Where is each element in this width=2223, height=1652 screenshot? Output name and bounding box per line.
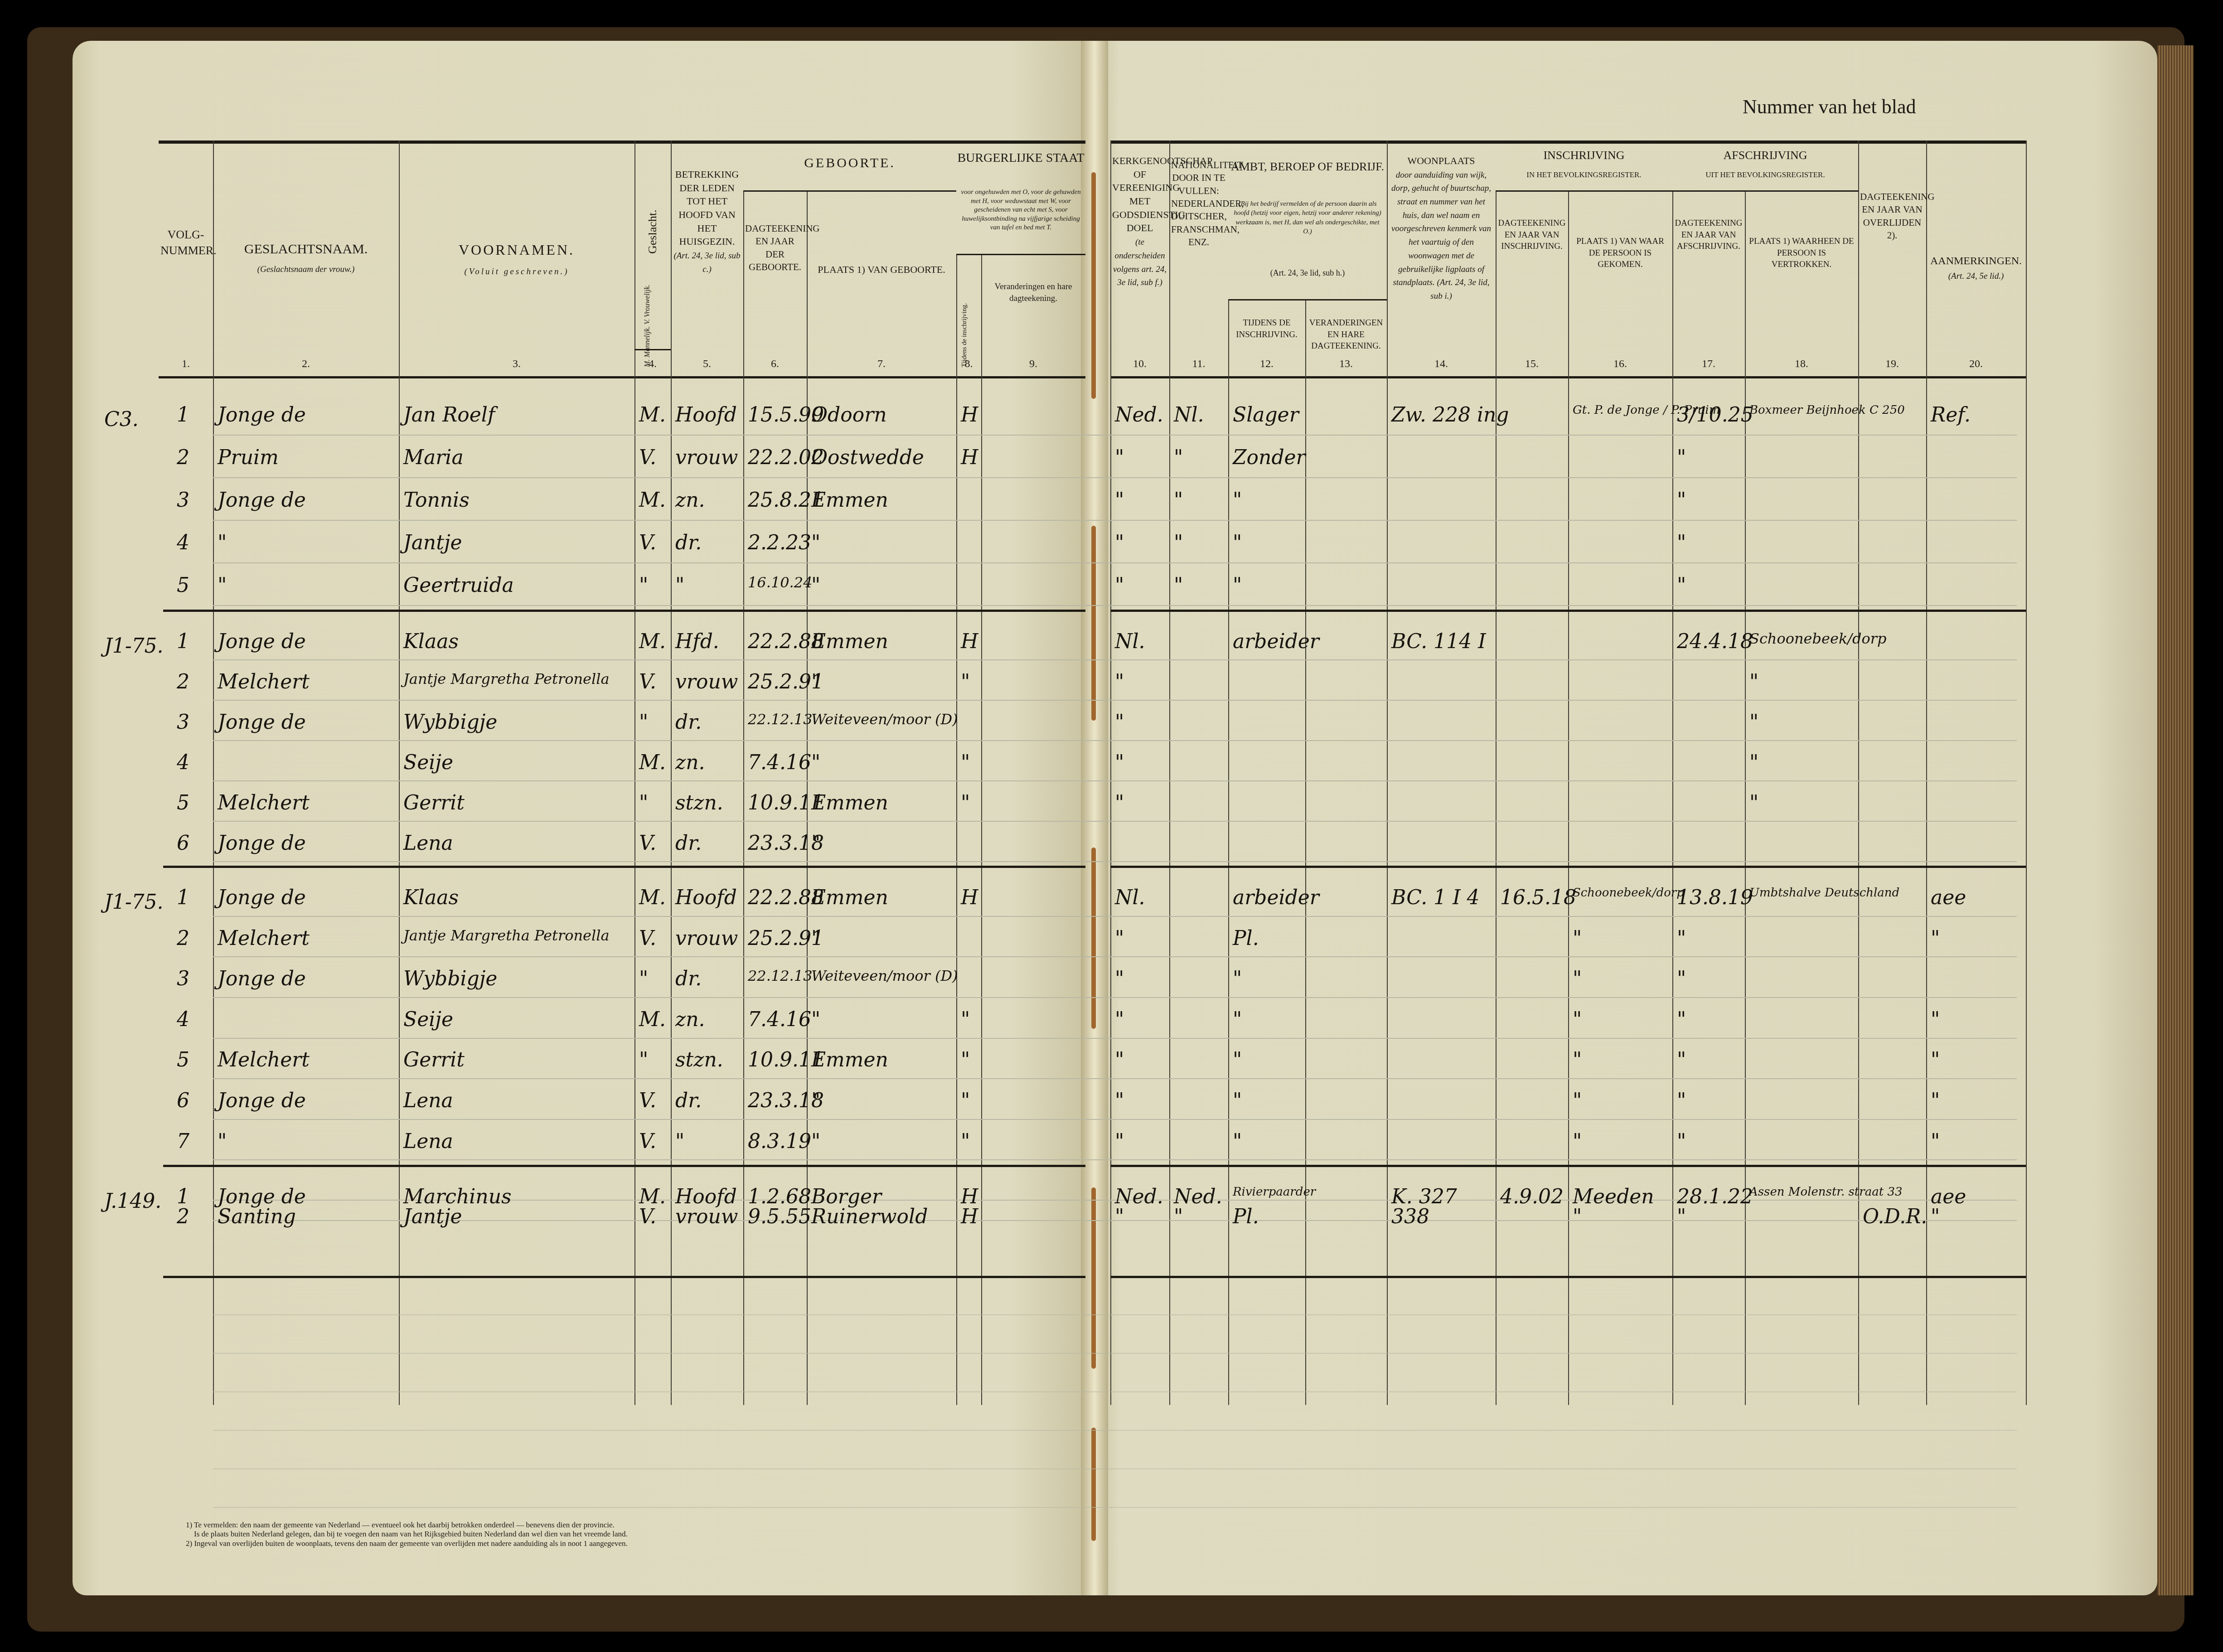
cell-pob: Emmen <box>811 630 954 653</box>
column-number: 6. <box>743 358 807 370</box>
cell-pob: " <box>811 1089 954 1112</box>
footnote-1: 1) Te vermelden: den naam der gemeente v… <box>186 1521 628 1530</box>
cell-pob: Weiteveen/moor (D) <box>811 711 954 728</box>
column-number: 7. <box>807 358 956 370</box>
cell-occ: " <box>1233 967 1303 990</box>
row-ruling <box>213 700 2017 701</box>
cell-given: Jantje Margretha Petronella <box>403 927 633 944</box>
cell-occ: Slager <box>1233 403 1303 426</box>
cell-rel: Hfd. <box>675 630 741 653</box>
cell-rel: vrouw <box>675 670 741 693</box>
cell-rel: " <box>675 1130 741 1153</box>
column-header-label: Kerkgenootschap of vereeniging met godsd… <box>1112 154 1167 235</box>
column-header: Plaats 1) waarheen de persoon is vertrok… <box>1747 236 1856 271</box>
cell-church: " <box>1115 670 1167 693</box>
cell-church: " <box>1115 927 1167 950</box>
cell-church: " <box>1115 791 1167 814</box>
column-divider <box>399 140 400 1405</box>
cell-dob: 23.3.18 <box>748 832 805 855</box>
row-ruling <box>213 821 2017 822</box>
cell-given: Jan Roelf <box>403 403 633 426</box>
cell-surname: Pruim <box>218 446 397 469</box>
cell-occ: Rivierpaarder <box>1233 1185 1303 1199</box>
cell-surname: Jonge de <box>218 886 397 909</box>
cell-sex: V. <box>639 832 669 855</box>
household-separator <box>163 610 1085 612</box>
cell-surname: Melchert <box>218 670 397 693</box>
household-marker: J1-75. <box>104 891 163 914</box>
row-ruling <box>213 477 2017 478</box>
household-marker: J1-75. <box>104 635 163 658</box>
cell-dob: 23.3.18 <box>748 1089 805 1112</box>
row-ruling <box>213 1314 2017 1315</box>
cell-afschr_date: " <box>1677 489 1743 512</box>
column-number: 8. <box>956 358 981 370</box>
cell-nat: " <box>1174 574 1226 597</box>
cell-sex: V. <box>639 446 669 469</box>
cell-church: Nl. <box>1115 630 1167 653</box>
cell-rel: zn. <box>675 489 741 512</box>
cell-surname: Jonge de <box>218 967 397 990</box>
cell-pob: " <box>811 1130 954 1153</box>
binding-stitch <box>1091 172 1096 399</box>
cell-afschr_place: Umbtshalve Deutschland <box>1749 886 1856 900</box>
column-header-label: Dagteekening en jaar der geboorte. <box>745 222 805 273</box>
column-number: 17. <box>1672 358 1745 370</box>
cell-occ: " <box>1233 1130 1303 1153</box>
column-divider <box>634 140 635 1405</box>
cell-dob: 16.10.24 <box>748 574 805 591</box>
cell-given: Maria <box>403 446 633 469</box>
cell-sex: M. <box>639 403 669 426</box>
row-ruling <box>213 1353 2017 1354</box>
cell-rel: " <box>675 574 741 597</box>
cell-church: " <box>1115 711 1167 734</box>
cell-occ: arbeider <box>1233 886 1303 909</box>
cell-dob: 25.2.91 <box>748 670 805 693</box>
cell-pob: " <box>811 1008 954 1031</box>
cell-civil: " <box>961 791 979 814</box>
cell-rel: vrouw <box>675 446 741 469</box>
cell-given: Lena <box>403 1130 633 1153</box>
cell-afschr_date: " <box>1677 1130 1743 1153</box>
cell-afschr_place: " <box>1749 670 1856 693</box>
column-header: Veranderingen en hare dagteekening. <box>983 281 1084 304</box>
column-divider <box>981 254 982 1405</box>
column-header: Dagteekening en jaar van overlijden 2). <box>1860 190 1924 242</box>
cell-dob: 22.2.02 <box>748 446 805 469</box>
cell-inschr_date: 16.5.18 <box>1500 886 1566 909</box>
household-separator <box>1110 1165 2026 1167</box>
cell-surname: Jonge de <box>218 832 397 855</box>
cell-church: " <box>1115 967 1167 990</box>
cell-inschr_place: " <box>1573 1205 1671 1228</box>
cell-rel: zn. <box>675 751 741 774</box>
cell-inschr_date: 4.9.02 <box>1500 1185 1566 1208</box>
cell-dob: 7.4.16 <box>748 1008 805 1031</box>
cell-surname: Jonge de <box>218 1089 397 1112</box>
cell-afschr_date: " <box>1677 1089 1743 1112</box>
cell-occ: " <box>1233 1048 1303 1071</box>
column-header-label: Woonplaats <box>1389 154 1494 168</box>
column-header-note: door aanduiding van wijk, dorp, gehucht … <box>1391 170 1491 301</box>
cell-dob: 22.12.13 <box>748 711 805 728</box>
cell-inschr_place: " <box>1573 967 1671 990</box>
cell-afschr_date: " <box>1677 574 1743 597</box>
column-divider <box>1745 190 1746 1405</box>
footnote-1b: Is de plaats buiten Nederland gelegen, d… <box>186 1530 628 1539</box>
column-divider <box>1387 140 1388 1405</box>
cell-church: Ned. <box>1115 403 1167 426</box>
column-number: 4. <box>634 358 671 370</box>
household-separator <box>1110 1276 2026 1278</box>
cell-given: Geertruida <box>403 574 633 597</box>
row-ruling <box>213 435 2017 436</box>
column-header-label: Plaats 1) van waar de persoon is gekomen… <box>1570 236 1671 271</box>
column-header-label: Plaats 1) waarheen de persoon is vertrok… <box>1747 236 1856 271</box>
column-divider <box>671 140 672 1405</box>
row-ruling <box>213 1119 2017 1120</box>
cell-rel: Hoofd <box>675 886 741 909</box>
cell-dob: 8.3.19 <box>748 1130 805 1153</box>
group-header: Burgerlijke staat <box>956 150 1085 167</box>
group-header: (Art. 24, 3e lid, sub h.) <box>1230 267 1385 278</box>
row-ruling <box>213 1038 2017 1039</box>
cell-rem: Ref. <box>1931 403 2024 426</box>
cell-given: Klaas <box>403 886 633 909</box>
column-number: 14. <box>1387 358 1496 370</box>
page-title: Nummer van het blad <box>1743 95 1916 118</box>
column-header-label: Nationaliteit door in te vullen: Nederla… <box>1171 159 1226 248</box>
cell-afschr_place: Assen Molenstr. straat 33 <box>1749 1185 1856 1199</box>
group-header: voor ongehuwden met O, voor de gehuwden … <box>959 188 1083 233</box>
cell-sex: M. <box>639 489 669 512</box>
cell-pob: " <box>811 927 954 950</box>
column-header: Betrekking der leden tot het hoofd van h… <box>673 168 741 276</box>
cell-pob: Weiteveen/moor (D) <box>811 967 954 984</box>
cell-afschr_date: " <box>1677 1048 1743 1071</box>
cell-rem: aee <box>1931 886 2024 909</box>
group-subrule <box>743 190 956 192</box>
cell-surname: " <box>218 531 397 554</box>
cell-civil: " <box>961 1008 979 1031</box>
column-header-note: (te onderscheiden volgens art. 24, 3e li… <box>1113 237 1167 287</box>
binding-stitch <box>1091 1428 1096 1541</box>
group-header: (Bij het bedrijf vermelden of de persoon… <box>1230 199 1385 236</box>
cell-sex: " <box>639 791 669 814</box>
cell-given: Jantje Margretha Petronella <box>403 670 633 688</box>
binding-stitch <box>1091 848 1096 1029</box>
cell-sex: V. <box>639 1089 669 1112</box>
cell-surname: " <box>218 574 397 597</box>
cell-rel: Hoofd <box>675 403 741 426</box>
cell-civil: H <box>961 446 979 469</box>
cell-dob: 22.12.13 <box>748 967 805 984</box>
cell-afschr_date: " <box>1677 531 1743 554</box>
cell-sex: V. <box>639 670 669 693</box>
cell-given: Wybbigje <box>403 711 633 734</box>
header-top-rule <box>159 140 1085 144</box>
cell-sex: V. <box>639 1130 669 1153</box>
row-ruling <box>213 916 2017 917</box>
column-header-note: M. Mannelijk. V. Vrouwelijk. <box>644 285 652 367</box>
row-ruling <box>213 1078 2017 1079</box>
group-header: Geboorte. <box>743 154 956 173</box>
column-number: 19. <box>1858 358 1926 370</box>
cell-civil: H <box>961 630 979 653</box>
cell-sex: V. <box>639 1205 669 1228</box>
column-header: Dagteekening en jaar van afschrijving. <box>1674 218 1743 252</box>
column-header: Voornamen.(Voluit geschreven.) <box>401 240 633 279</box>
cell-rem: " <box>1931 927 2024 950</box>
column-divider <box>743 190 744 1405</box>
household-separator <box>163 1276 1085 1278</box>
cell-inschr_place: " <box>1573 1008 1671 1031</box>
column-divider <box>1568 190 1569 1405</box>
column-divider <box>1496 190 1497 1405</box>
column-number: 11. <box>1169 358 1228 370</box>
column-number: 18. <box>1745 358 1858 370</box>
cell-rem: " <box>1931 1089 2024 1112</box>
cell-afschr_place: " <box>1749 791 1856 814</box>
cell-dob: 10.9.11 <box>748 791 805 814</box>
row-ruling <box>213 1391 2017 1392</box>
footnotes: 1) Te vermelden: den naam der gemeente v… <box>186 1521 628 1548</box>
cell-rel: dr. <box>675 832 741 855</box>
column-header-label: Geslacht. <box>646 210 659 254</box>
cell-pob: Emmen <box>811 1048 954 1071</box>
cell-surname: Jonge de <box>218 630 397 653</box>
cell-surname: Santing <box>218 1205 397 1228</box>
cell-given: Lena <box>403 1089 633 1112</box>
column-header-label: Voornamen. <box>401 240 633 260</box>
group-subrule <box>1228 299 1387 300</box>
footnote-2: 2) Ingeval van overlijden buiten de woon… <box>186 1539 628 1548</box>
cell-rel: dr. <box>675 1089 741 1112</box>
cell-rem: " <box>1931 1130 2024 1153</box>
column-number: 13. <box>1305 358 1387 370</box>
cell-pob: Emmen <box>811 886 954 909</box>
column-header: Woonplaatsdoor aanduiding van wijk, dorp… <box>1389 154 1494 302</box>
cell-rem: " <box>1931 1205 2024 1228</box>
cell-rem: " <box>1931 1008 2024 1031</box>
column-header: Veranderingen en hare dagteekening. <box>1307 317 1385 352</box>
cell-dob: 25.2.91 <box>748 927 805 950</box>
cell-afschr_date: " <box>1677 967 1743 990</box>
column-divider <box>1672 190 1673 1405</box>
cell-pob: Emmen <box>811 791 954 814</box>
cell-afschr_place: Boxmeer Beijnhoek C 250 <box>1749 403 1856 417</box>
column-header: Nationaliteit door in te vullen: Nederla… <box>1171 159 1226 248</box>
cell-church: " <box>1115 531 1167 554</box>
cell-civil: H <box>961 886 979 909</box>
cell-given: Gerrit <box>403 791 633 814</box>
cell-church: " <box>1115 446 1167 469</box>
column-divider <box>2026 140 2027 1405</box>
column-header: Plaats 1) van geboorte. <box>809 263 954 276</box>
column-divider <box>1228 299 1229 1405</box>
household-marker: C3. <box>104 408 139 431</box>
row-ruling <box>213 605 2017 606</box>
cell-death: O.D.R. <box>1863 1205 1924 1228</box>
cell-sex: " <box>639 711 669 734</box>
cell-occ: arbeider <box>1233 630 1303 653</box>
cell-rel: stzn. <box>675 791 741 814</box>
column-header-label: Plaats 1) van geboorte. <box>809 263 954 276</box>
row-ruling <box>213 861 2017 862</box>
cell-woon: BC. 1 I 4 <box>1391 886 1494 909</box>
cell-afschr_place: Schoonebeek/dorp <box>1749 630 1856 647</box>
header-top-rule <box>1110 140 2026 144</box>
column-header: Kerkgenootschap of vereeniging met godsd… <box>1112 154 1167 289</box>
group-header: Inschrijving <box>1496 147 1672 163</box>
cell-church: " <box>1115 751 1167 774</box>
cell-given: Klaas <box>403 630 633 653</box>
column-header-label: Veranderingen en hare dagteekening. <box>1307 317 1385 352</box>
cell-church: " <box>1115 489 1167 512</box>
cell-nat: " <box>1174 489 1226 512</box>
column-header-label: Dagteekening en jaar van overlijden 2). <box>1860 190 1924 242</box>
cell-sex: " <box>639 574 669 597</box>
column-header: Geslachtsnaam.(Geslachtsnaam der vrouw.) <box>215 240 397 277</box>
cell-given: Jantje <box>403 1205 633 1228</box>
cell-given: Wybbigje <box>403 967 633 990</box>
page-edges <box>2157 45 2194 1595</box>
cell-given: Seije <box>403 751 633 774</box>
cell-dob: 22.2.88 <box>748 886 805 909</box>
cell-occ: " <box>1233 1089 1303 1112</box>
cell-given: Jantje <box>403 531 633 554</box>
cell-given: Seije <box>403 1008 633 1031</box>
cell-rel: dr. <box>675 531 741 554</box>
group-header: Afschrijving <box>1672 147 1858 163</box>
group-header: uit het bevolkingsregister. <box>1672 170 1858 180</box>
cell-civil: " <box>961 670 979 693</box>
cell-rel: stzn. <box>675 1048 741 1071</box>
group-subrule <box>956 254 1085 255</box>
cell-civil: H <box>961 1205 979 1228</box>
cell-inschr_place: Schoonebeek/dorp <box>1573 886 1671 900</box>
cell-pob: " <box>811 751 954 774</box>
group-subrule <box>1672 190 1858 192</box>
cell-afschr_date: " <box>1677 446 1743 469</box>
cell-occ: " <box>1233 574 1303 597</box>
cell-n: 4 <box>177 751 225 774</box>
cell-n: 4 <box>177 1008 225 1031</box>
cell-civil: " <box>961 1130 979 1153</box>
cell-woon: 338 <box>1391 1205 1494 1228</box>
cell-nat: " <box>1174 531 1226 554</box>
cell-dob: 25.8.21 <box>748 489 805 512</box>
cell-dob: 15.5.99 <box>748 403 805 426</box>
cell-sex: M. <box>639 751 669 774</box>
cell-surname: Jonge de <box>218 403 397 426</box>
column-divider <box>956 254 957 1405</box>
column-number: 1. <box>159 358 213 370</box>
cell-pob: Oostwedde <box>811 446 954 469</box>
column-header-note: (Voluit geschreven.) <box>464 267 569 276</box>
column-number: 5. <box>671 358 743 370</box>
cell-inschr_place: " <box>1573 1130 1671 1153</box>
cell-church: " <box>1115 1089 1167 1112</box>
cell-pob: " <box>811 531 954 554</box>
column-number: 2. <box>213 358 399 370</box>
cell-sex: M. <box>639 630 669 653</box>
household-separator <box>163 1165 1085 1167</box>
cell-woon: Zw. 228 ing <box>1391 403 1494 426</box>
column-divider <box>1169 140 1170 1405</box>
column-number: 9. <box>981 358 1085 370</box>
cell-rel: dr. <box>675 967 741 990</box>
cell-afschr_place: " <box>1749 751 1856 774</box>
cell-dob: 9.5.55 <box>748 1205 805 1228</box>
cell-dob: 7.4.16 <box>748 751 805 774</box>
group-subrule <box>1496 190 1672 192</box>
cell-dob: 10.9.11 <box>748 1048 805 1071</box>
household-separator <box>1110 610 2026 612</box>
cell-civil: " <box>961 751 979 774</box>
cell-afschr_date: 3/10.25 <box>1677 403 1743 426</box>
cell-dob: 22.2.88 <box>748 630 805 653</box>
cell-inschr_place: " <box>1573 927 1671 950</box>
binding-stitch <box>1091 526 1096 721</box>
binding-stitch <box>1091 1187 1096 1369</box>
cell-woon: BC. 114 I <box>1391 630 1494 653</box>
cell-sex: V. <box>639 927 669 950</box>
cell-sex: " <box>639 1048 669 1071</box>
cell-pob: Emmen <box>811 489 954 512</box>
cell-rem: " <box>1931 1048 2024 1071</box>
cell-nat: " <box>1174 446 1226 469</box>
row-ruling <box>213 997 2017 998</box>
cell-rel: vrouw <box>675 927 741 950</box>
cell-pob: Ruinerwold <box>811 1205 954 1228</box>
cell-given: Gerrit <box>403 1048 633 1071</box>
column-header-note: (Geslachtsnaam der vrouw.) <box>257 265 355 274</box>
cell-occ: " <box>1233 531 1303 554</box>
group-subrule <box>634 349 671 350</box>
cell-pob: " <box>811 670 954 693</box>
cell-occ: " <box>1233 1008 1303 1031</box>
cell-occ: " <box>1233 489 1303 512</box>
column-number: 20. <box>1926 358 2026 370</box>
cell-nat: " <box>1174 1205 1226 1228</box>
household-marker: J.149. <box>104 1190 161 1213</box>
cell-pob: " <box>811 832 954 855</box>
cell-surname: " <box>218 1130 397 1153</box>
cell-occ: Pl. <box>1233 1205 1303 1228</box>
cell-afschr_date: 24.4.18 <box>1677 630 1743 653</box>
cell-pob: Odoorn <box>811 403 954 426</box>
column-divider <box>1110 140 1111 1405</box>
row-ruling <box>213 520 2017 521</box>
row-ruling <box>213 1507 2017 1508</box>
column-header-label: Dagteekening en jaar van inschrijving. <box>1497 218 1566 252</box>
cell-church: " <box>1115 574 1167 597</box>
column-header: Volg-nummer. <box>160 227 211 258</box>
row-ruling <box>213 562 2017 563</box>
header-bottom-rule <box>159 376 1085 378</box>
household-separator <box>1110 866 2026 868</box>
column-header: Dagteekening en jaar der geboorte. <box>745 222 805 273</box>
column-header: Dagteekening en jaar van inschrijving. <box>1497 218 1566 252</box>
column-divider <box>1858 140 1859 1405</box>
column-header: Aanmerkingen.(Art. 24, 5e lid.) <box>1928 254 2024 283</box>
column-header-note: (Art. 24, 3e lid, sub c.) <box>673 251 740 274</box>
row-ruling <box>213 740 2017 741</box>
cell-surname: Melchert <box>218 791 397 814</box>
cell-given: Tonnis <box>403 489 633 512</box>
